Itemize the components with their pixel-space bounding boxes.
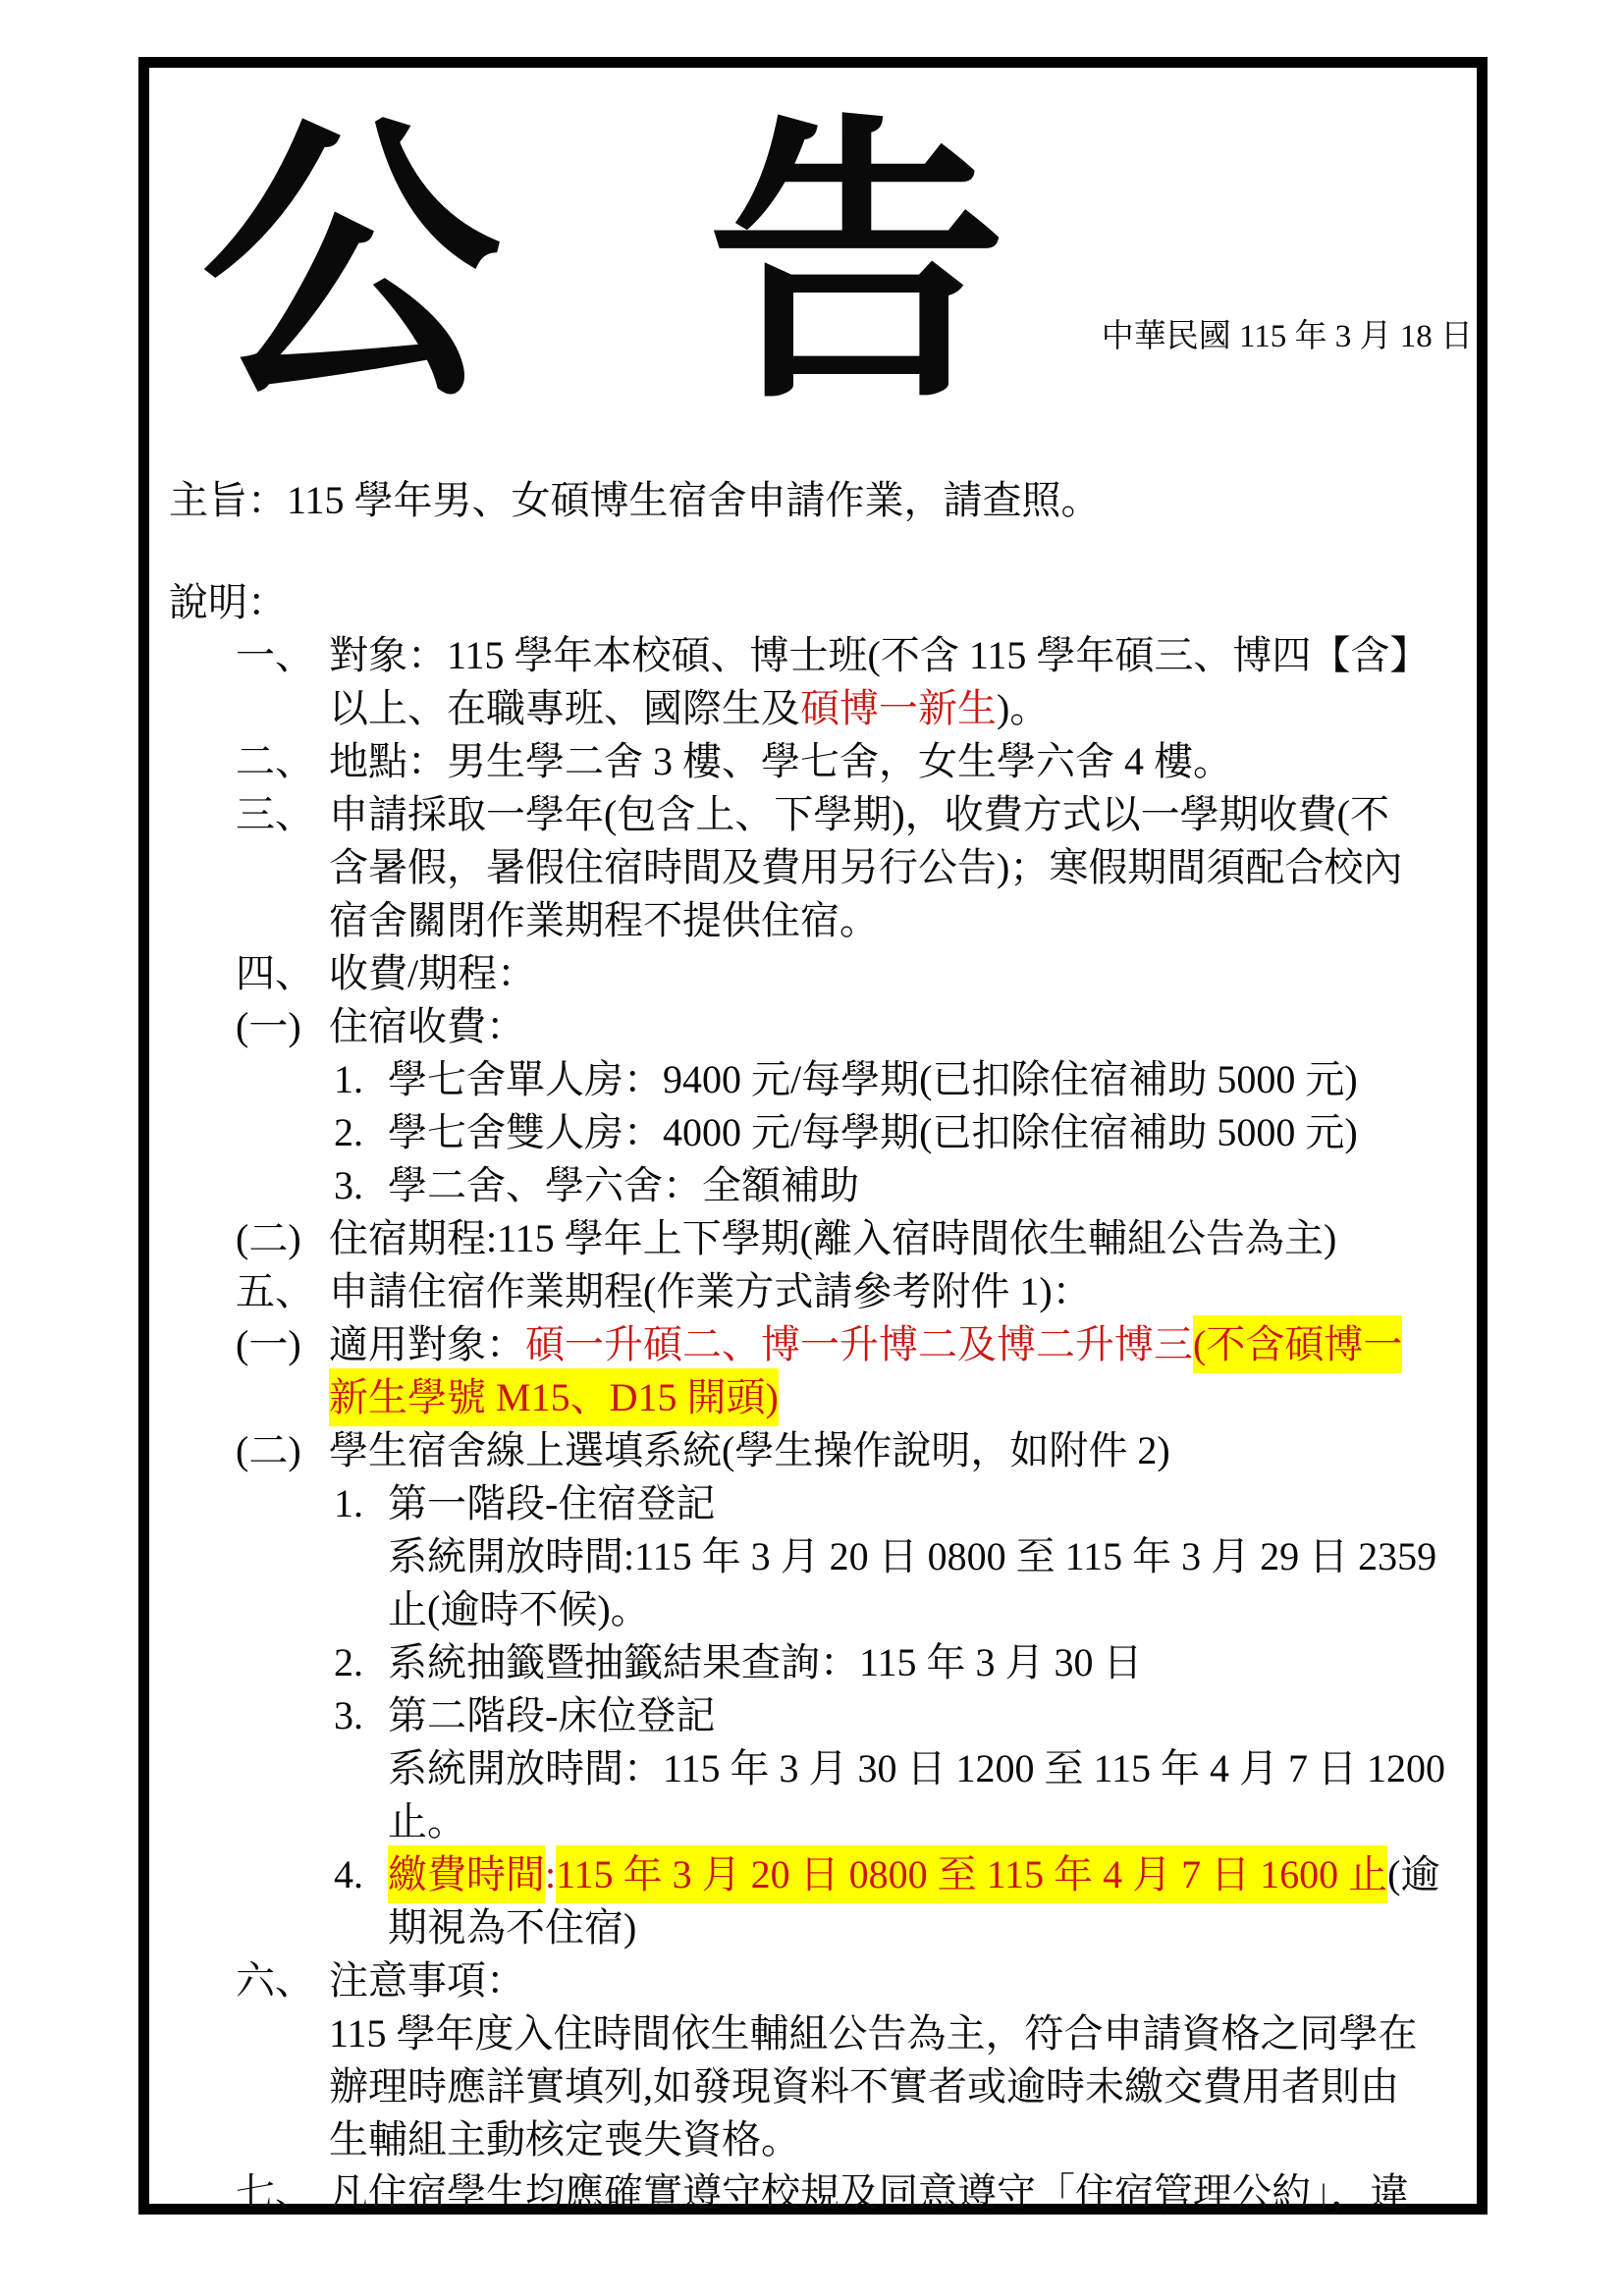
title-char-gao: 告 [707,101,1006,433]
document-line: 系統開放時間：115 年 3 月 30 日 1200 至 115 年 4 月 7… [169,1742,1485,1795]
list-marker: (一) [236,1318,329,1371]
document-line: (一)適用對象：碩一升碩二、博一升博二及博二升博三(不含碩博一 [169,1318,1485,1371]
text-segment: 申請住宿作業期程(作業方式請參考附件 1)： [329,1269,1092,1313]
document-line: 辦理時應詳實填列,如發現資料不實者或逾時未繳交費用者則由 [169,2060,1485,2113]
text-segment: (逾 [1387,1852,1439,1896]
document-line: (一)住宿收費： [169,1000,1485,1053]
document-line: 1.學七舍單人房：9400 元/每學期(已扣除住宿補助 5000 元) [169,1053,1485,1106]
list-marker: 七、 [236,2166,329,2219]
text-segment: 生輔組主動核定喪失資格。 [329,2117,800,2162]
document-line: 新生學號 M15、D15 開頭) [169,1371,1485,1424]
list-marker: 2. [334,1636,388,1689]
document-line: 五、申請住宿作業期程(作業方式請參考附件 1)： [169,1265,1485,1318]
document-line: 二、地點：男生學二舍 3 樓、學七舍，女生學六舍 4 樓。 [169,735,1485,788]
document-line: 宿舍關閉作業期程不提供住宿。 [169,894,1485,947]
text-segment: 住宿期程:115 學年上下學期(離入宿時間依生輔組公告為主) [329,1216,1336,1260]
text-segment: 辦理時應詳實填列,如發現資料不實者或逾時未繳交費用者則由 [329,2064,1399,2109]
list-marker: (一) [236,1000,329,1053]
document-line: 2.系統抽籤暨抽籤結果查詢：115 年 3 月 30 日 [169,1636,1485,1689]
list-marker: 3. [334,1689,388,1742]
text-segment: 學二舍、學六舍：全額補助 [388,1163,859,1207]
document-line: (二)住宿期程:115 學年上下學期(離入宿時間依生輔組公告為主) [169,1212,1485,1265]
list-marker: 五、 [236,1265,329,1318]
text-segment: 凡住宿學生均應確實遵守校規及同意遵守「住宿管理公約」，違 [329,2170,1409,2215]
document-line: 止。 [169,1795,1485,1848]
document-line: 3.第二階段-床位登記 [169,1689,1485,1742]
document-line: 六、注意事項： [169,1954,1485,2007]
announcement-date: 中華民國 115 年 3 月 18 日 [1102,317,1473,356]
announcement-page: 公告 中華民國 115 年 3 月 18 日 主旨：115 學年男、女碩博生宿舍… [0,0,1624,2296]
document-line: 1.第一階段-住宿登記 [169,1477,1485,1530]
text-segment: 期視為不住宿) [388,1905,636,1949]
document-line: 3.學二舍、學六舍：全額補助 [169,1159,1485,1212]
document-line: 4.繳費時間:115 年 3 月 20 日 0800 至 115 年 4 月 7… [169,1848,1485,1901]
highlighted-text-segment: 115 年 3 月 20 日 0800 至 115 年 4 月 7 日 1600… [556,1845,1387,1903]
text-segment: 含暑假，暑假住宿時間及費用另行公告)；寒假期間須配合校內 [329,845,1402,889]
red-text-segment: 碩一升碩二、博一升博二及博二升博三 [525,1322,1193,1366]
document-line: 一、對象：115 學年本校碩、博士班(不含 115 學年碩三、博四【含】 [169,629,1485,682]
text-segment: 學生宿舍線上選填系統(學生操作說明，如附件 2) [329,1428,1170,1472]
list-marker: 3. [334,1159,388,1212]
text-segment: 適用對象： [329,1322,525,1366]
text-segment: 對象：115 學年本校碩、博士班(不含 115 學年碩三、博四【含】 [329,633,1429,677]
text-segment: 住宿收費： [329,1004,525,1048]
list-marker: (二) [236,1424,329,1477]
text-segment: 地點：男生學二舍 3 樓、學七舍，女生學六舍 4 樓。 [329,739,1232,783]
list-marker: 二、 [236,735,329,788]
document-line: 115 學年度入住時間依生輔組公告為主，符合申請資格之同學在 [169,2007,1485,2060]
red-text-segment: 碩博一新生 [800,686,997,730]
text-segment: 第一階段-住宿登記 [388,1481,715,1525]
text-segment: 以上、在職專班、國際生及 [329,686,800,730]
text-segment: 第二階段-床位登記 [388,1693,715,1737]
text-segment: 止。 [388,1799,466,1843]
document-line: (二)學生宿舍線上選填系統(學生操作說明，如附件 2) [169,1424,1485,1477]
announcement-title: 公告 [201,110,1006,424]
highlighted-text-segment: (不含碩博一 [1193,1315,1402,1373]
text-segment: 宿舍關閉作業期程不提供住宿。 [329,898,879,942]
document-line: 四、收費/期程： [169,947,1485,1000]
list-marker: (二) [236,1212,329,1265]
document-line: 系統開放時間:115 年 3 月 20 日 0800 至 115 年 3 月 2… [169,1530,1485,1583]
document-body: 主旨：115 學年男、女碩博生宿舍申請作業，請查照。說明：一、對象：115 學年… [169,474,1485,2219]
text-segment: 學七舍雙人房：4000 元/每學期(已扣除住宿補助 5000 元) [388,1110,1358,1154]
document-line: 主旨：115 學年男、女碩博生宿舍申請作業，請查照。 [169,474,1485,527]
document-line: 2.學七舍雙人房：4000 元/每學期(已扣除住宿補助 5000 元) [169,1106,1485,1159]
highlighted-text-segment: 新生學號 M15、D15 開頭) [329,1368,779,1426]
text-segment: 系統開放時間:115 年 3 月 20 日 0800 至 115 年 3 月 2… [388,1534,1436,1578]
text-segment: 注意事項： [329,1958,525,2002]
document-line: 期視為不住宿) [169,1901,1485,1954]
text-segment: 收費/期程： [329,951,536,995]
list-marker: 四、 [236,947,329,1000]
list-marker: 1. [334,1053,388,1106]
document-line: 七、凡住宿學生均應確實遵守校規及同意遵守「住宿管理公約」，違 [169,2166,1485,2219]
list-marker: 三、 [236,788,329,841]
highlighted-text-segment: 繳費時間 [388,1845,545,1903]
list-marker: 六、 [236,1954,329,2007]
text-segment: 系統開放時間：115 年 3 月 30 日 1200 至 115 年 4 月 7… [388,1746,1445,1790]
document-line: 含暑假，暑假住宿時間及費用另行公告)；寒假期間須配合校內 [169,841,1485,894]
document-line: 說明： [169,576,1485,629]
list-marker: 1. [334,1477,388,1530]
text-segment: 115 學年度入住時間依生輔組公告為主，符合申請資格之同學在 [329,2011,1418,2056]
document-line: 三、申請採取一學年(包含上、下學期)，收費方式以一學期收費(不 [169,788,1485,841]
text-segment: 學七舍單人房：9400 元/每學期(已扣除住宿補助 5000 元) [388,1057,1358,1101]
red-text-segment: : [545,1852,556,1896]
text-segment: )。 [997,686,1049,730]
text-segment: 主旨：115 學年男、女碩博生宿舍申請作業，請查照。 [169,478,1101,522]
list-marker: 2. [334,1106,388,1159]
text-segment: 說明： [169,580,287,624]
text-segment: 止(逾時不候)。 [388,1587,650,1631]
document-line: 生輔組主動核定喪失資格。 [169,2113,1485,2166]
document-line: 以上、在職專班、國際生及碩博一新生)。 [169,682,1485,735]
text-segment: 申請採取一學年(包含上、下學期)，收費方式以一學期收費(不 [329,792,1389,836]
title-char-gong: 公 [201,101,501,433]
list-marker: 一、 [236,629,329,682]
text-segment: 系統抽籤暨抽籤結果查詢：115 年 3 月 30 日 [388,1640,1143,1684]
list-marker: 4. [334,1848,388,1901]
document-line: 止(逾時不候)。 [169,1583,1485,1636]
